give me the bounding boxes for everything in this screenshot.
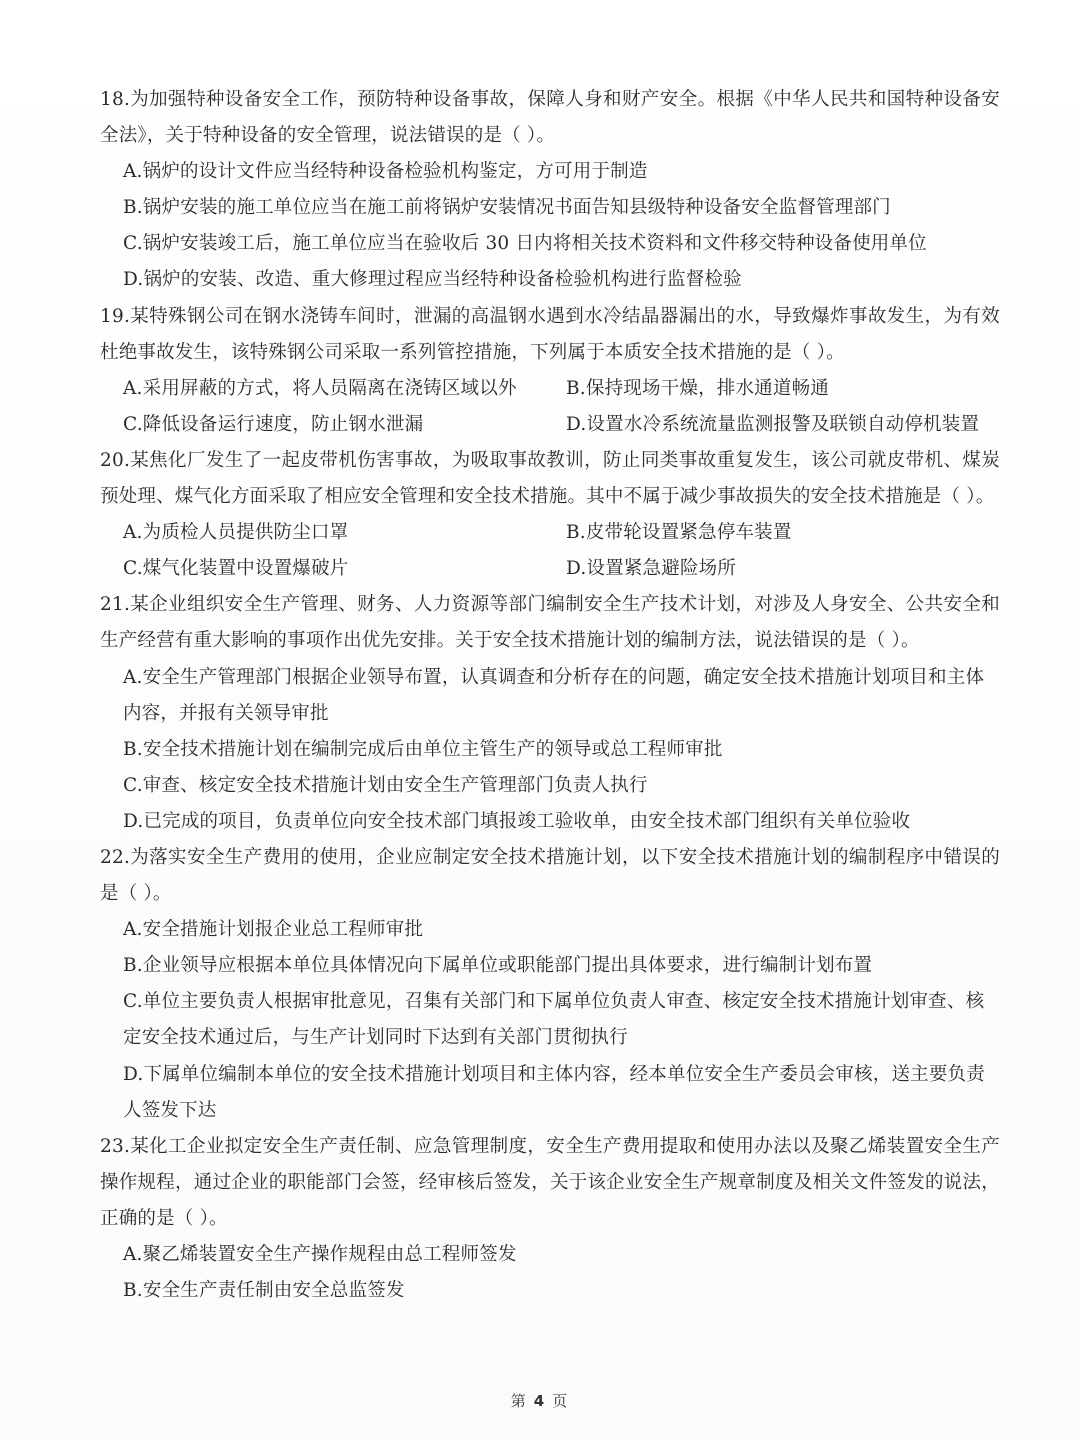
option-c: C.单位主要负责人根据审批意见，召集有关部门和下属单位负责人审查、核定安全技术措… xyxy=(100,984,1000,1056)
question-stem: 23.某化工企业拟定安全生产责任制、应急管理制度，安全生产费用提取和使用办法以及… xyxy=(100,1129,1000,1237)
question-19: 19.某特殊钢公司在钢水浇铸车间时，泄漏的高温钢水遇到水冷结晶器漏出的水，导致爆… xyxy=(100,299,1000,443)
option-a: A.安全生产管理部门根据企业领导布置，认真调查和分析存在的问题，确定安全技术措施… xyxy=(100,660,1000,732)
option-d: D.已完成的项目，负责单位向安全技术部门填报竣工验收单，由安全技术部门组织有关单… xyxy=(100,804,1000,840)
option-d: D.锅炉的安装、改造、重大修理过程应当经特种设备检验机构进行监督检验 xyxy=(100,262,1000,298)
option-a: A.聚乙烯装置安全生产操作规程由总工程师签发 xyxy=(100,1237,1000,1273)
page-label-suffix: 页 xyxy=(552,1392,569,1410)
question-stem: 22.为落实安全生产费用的使用，企业应制定安全技术措施计划，以下安全技术措施计划… xyxy=(100,840,1000,912)
option-grid: A.采用屏蔽的方式，将人员隔离在浇铸区域以外 B.保持现场干燥，排水通道畅通 C… xyxy=(100,371,1000,443)
option-a: A.采用屏蔽的方式，将人员隔离在浇铸区域以外 xyxy=(123,371,566,407)
option-a: A.锅炉的设计文件应当经特种设备检验机构鉴定，方可用于制造 xyxy=(100,154,1000,190)
option-grid: A.为质检人员提供防尘口罩 B.皮带轮设置紧急停车装置 C.煤气化装置中设置爆破… xyxy=(100,515,1000,587)
option-c: C.审查、核定安全技术措施计划由安全生产管理部门负责人执行 xyxy=(100,768,1000,804)
question-stem: 18.为加强特种设备安全工作，预防特种设备事故，保障人身和财产安全。根据《中华人… xyxy=(100,82,1000,154)
question-23: 23.某化工企业拟定安全生产责任制、应急管理制度，安全生产费用提取和使用办法以及… xyxy=(100,1129,1000,1309)
question-stem: 20.某焦化厂发生了一起皮带机伤害事故，为吸取事故教训，防止同类事故重复发生，该… xyxy=(100,443,1000,515)
option-b: B.保持现场干燥，排水通道畅通 xyxy=(566,371,1000,407)
question-20: 20.某焦化厂发生了一起皮带机伤害事故，为吸取事故教训，防止同类事故重复发生，该… xyxy=(100,443,1000,587)
option-c: C.锅炉安装竣工后，施工单位应当在验收后 30 日内将相关技术资料和文件移交特种… xyxy=(100,226,1000,262)
exam-page: 18.为加强特种设备安全工作，预防特种设备事故，保障人身和财产安全。根据《中华人… xyxy=(0,0,1080,1440)
question-18: 18.为加强特种设备安全工作，预防特种设备事故，保障人身和财产安全。根据《中华人… xyxy=(100,82,1000,299)
option-b: B.企业领导应根据本单位具体情况向下属单位或职能部门提出具体要求，进行编制计划布… xyxy=(100,948,1000,984)
question-22: 22.为落实安全生产费用的使用，企业应制定安全技术措施计划，以下安全技术措施计划… xyxy=(100,840,1000,1129)
question-list: 18.为加强特种设备安全工作，预防特种设备事故，保障人身和财产安全。根据《中华人… xyxy=(100,82,1000,1309)
option-b: B.安全生产责任制由安全总监签发 xyxy=(100,1273,1000,1309)
page-label-prefix: 第 xyxy=(511,1392,528,1410)
page-number: 4 xyxy=(534,1392,546,1410)
question-21: 21.某企业组织安全生产管理、财务、人力资源等部门编制安全生产技术计划，对涉及人… xyxy=(100,587,1000,840)
option-d: D.设置紧急避险场所 xyxy=(566,551,1000,587)
option-b: B.皮带轮设置紧急停车装置 xyxy=(566,515,1000,551)
option-b: B.锅炉安装的施工单位应当在施工前将锅炉安装情况书面告知县级特种设备安全监督管理… xyxy=(100,190,1000,226)
option-c: C.降低设备运行速度，防止钢水泄漏 xyxy=(123,407,566,443)
option-a: A.安全措施计划报企业总工程师审批 xyxy=(100,912,1000,948)
question-stem: 21.某企业组织安全生产管理、财务、人力资源等部门编制安全生产技术计划，对涉及人… xyxy=(100,587,1000,659)
option-a: A.为质检人员提供防尘口罩 xyxy=(123,515,566,551)
option-c: C.煤气化装置中设置爆破片 xyxy=(123,551,566,587)
option-b: B.安全技术措施计划在编制完成后由单位主管生产的领导或总工程师审批 xyxy=(100,732,1000,768)
question-stem: 19.某特殊钢公司在钢水浇铸车间时，泄漏的高温钢水遇到水冷结晶器漏出的水，导致爆… xyxy=(100,299,1000,371)
option-d: D.下属单位编制本单位的安全技术措施计划项目和主体内容，经本单位安全生产委员会审… xyxy=(100,1057,1000,1129)
page-footer: 第4页 xyxy=(0,1390,1080,1411)
option-d: D.设置水冷系统流量监测报警及联锁自动停机装置 xyxy=(566,407,1000,443)
